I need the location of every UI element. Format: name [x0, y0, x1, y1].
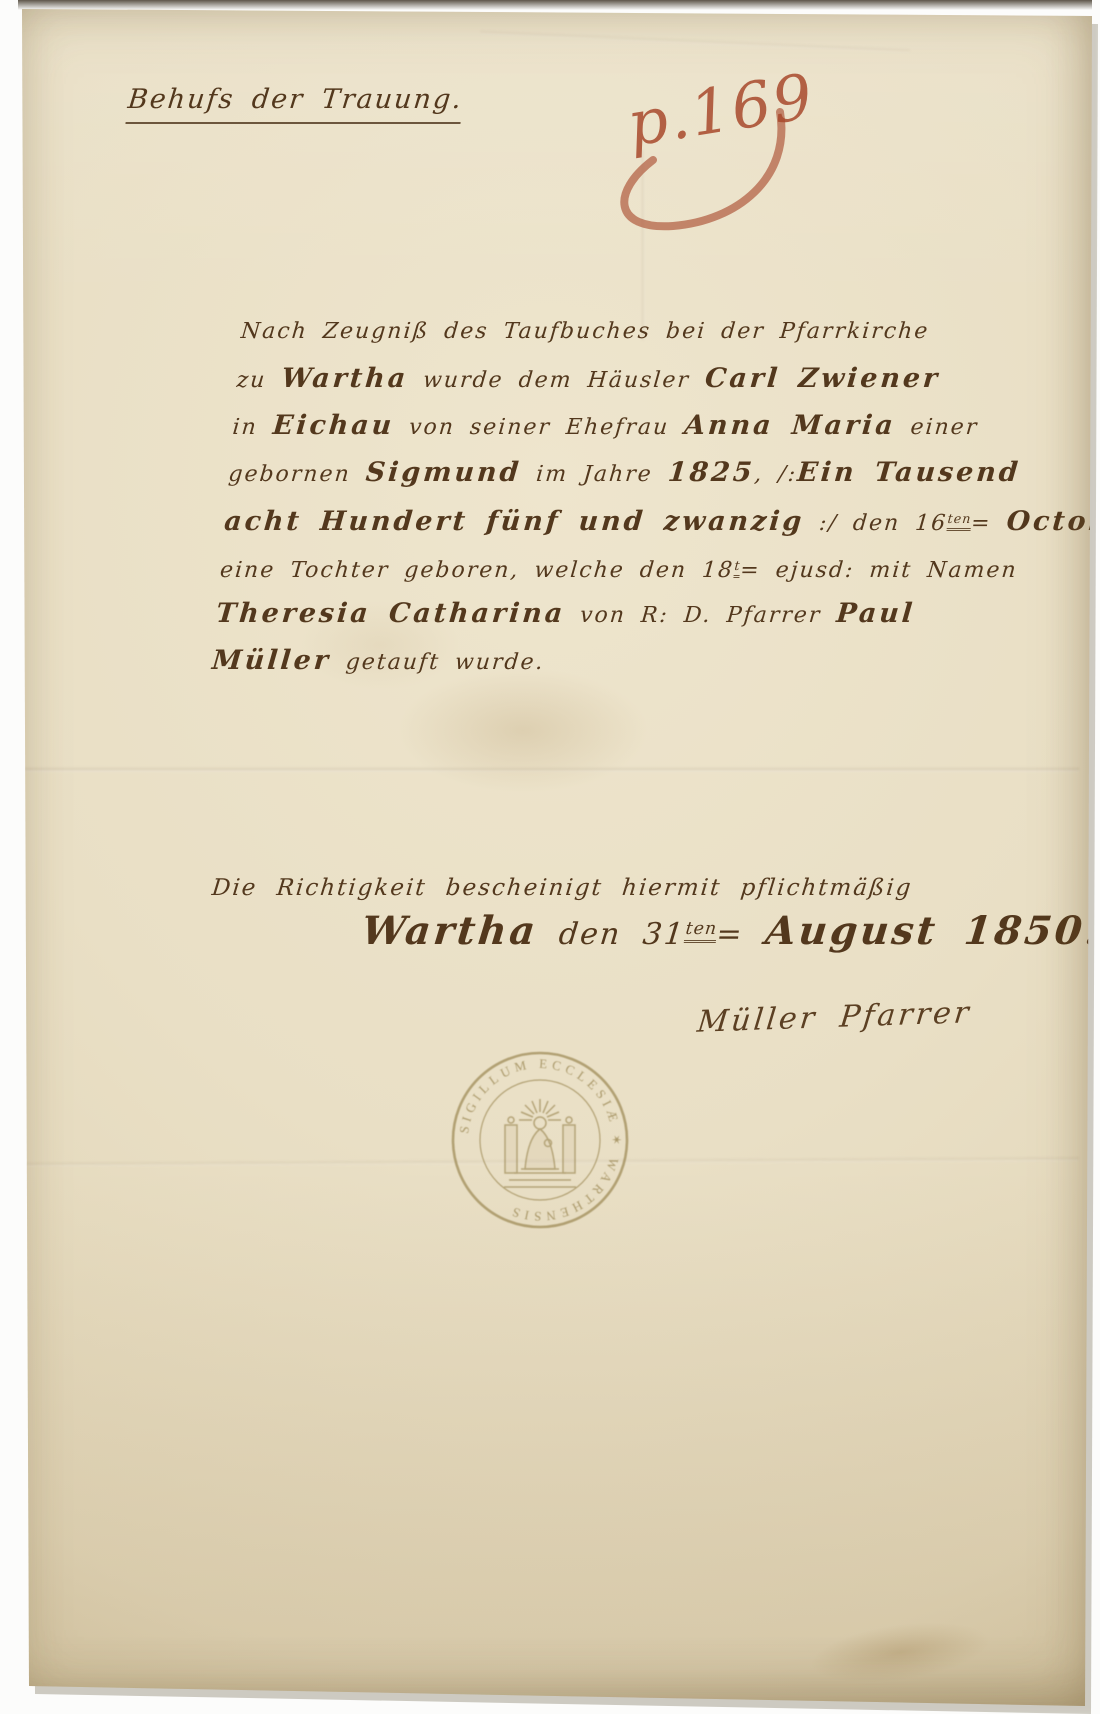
page-mark-text: p.169: [622, 59, 819, 160]
manuscript-line: Theresia Catharina von R: D. Pfarrer Pau…: [214, 590, 938, 637]
scan-shadow-edge: [18, 0, 1092, 10]
stain: [807, 1613, 993, 1693]
text-segment: Ein Tausend: [796, 457, 1022, 488]
header-title: Behufs der Trauung.: [126, 84, 464, 115]
text-segment: Paul: [835, 598, 916, 629]
certification-line: Die Richtigkeit bescheinigt hiermit pfli…: [211, 875, 914, 901]
text-segment: Müller: [211, 645, 333, 676]
text-segment: von seiner Ehefrau: [393, 415, 685, 440]
text-segment: Theresia Catharina: [215, 598, 567, 629]
text-segment: October: [1005, 506, 1100, 537]
text-segment: getauft wurde.: [330, 650, 546, 675]
text-segment: in: [231, 415, 273, 440]
text-segment: Wartha: [360, 908, 541, 954]
church-seal-graphic: SIGILLUM ECCLESIÆ ✶ WARTHENSIS: [447, 1047, 633, 1233]
text-segment: eine Tochter geboren, welche den: [219, 558, 703, 583]
text-segment: Eichau: [272, 410, 396, 441]
header-title-text: Behufs der Trauung.: [125, 84, 464, 124]
text-segment: wurde dem Häusler: [407, 368, 706, 393]
text-segment: gebornen: [227, 462, 366, 487]
text-segment: Sigmund: [365, 457, 523, 488]
text-segment: Carl Zwiener: [704, 363, 942, 394]
text-segment: den 31: [536, 917, 687, 952]
manuscript-line: zu Wartha wurde dem Häusler Carl Zwiener: [235, 355, 959, 402]
text-segment: Die Richtigkeit bescheinigt hiermit pfli…: [211, 875, 914, 901]
crease-line: [24, 768, 1079, 772]
signature: Müller Pfarrer: [696, 995, 974, 1039]
text-segment: = ejusd: mit Namen: [739, 558, 1019, 583]
paper-sheet: Behufs der Trauung. p.169 Nach Zeugniß d…: [0, 0, 1100, 1714]
manuscript-line: Müller getauft wurde.: [210, 637, 934, 684]
manuscript-body: Nach Zeugniß des Taufbuches bei der Pfar…: [210, 308, 963, 684]
text-segment: von R: D. Pfarrer: [564, 603, 837, 628]
manuscript-line: acht Hundert fünf und zwanzig :/ den 16t…: [222, 496, 946, 543]
stain: [398, 668, 648, 793]
text-segment: ten: [684, 919, 718, 943]
text-segment: zu: [236, 368, 283, 393]
page-number-mark: p.169: [583, 42, 873, 237]
text-segment: acht Hundert fünf und zwanzig: [223, 506, 806, 537]
text-segment: Anna Maria: [683, 410, 897, 441]
text-segment: 1825: [667, 457, 756, 488]
photo-background: Behufs der Trauung. p.169 Nach Zeugniß d…: [0, 0, 1100, 1714]
text-segment: =: [715, 917, 767, 952]
text-segment: =: [970, 511, 1008, 536]
manuscript-line: Nach Zeugniß des Taufbuches bei der Pfar…: [239, 308, 963, 355]
text-segment: :/ den: [803, 511, 916, 536]
manuscript-line: gebornen Sigmund im Jahre 1825, /:Ein Ta…: [227, 449, 951, 496]
text-segment: einer: [894, 415, 979, 440]
text-segment: ten: [947, 512, 973, 531]
text-segment: Nach Zeugniß des Taufbuches bei der Pfar…: [240, 319, 931, 344]
manuscript-line: eine Tochter geboren, welche den 18t= ej…: [218, 543, 942, 590]
text-segment: 18: [701, 558, 735, 583]
manuscript-line: in Eichau von seiner Ehefrau Anna Maria …: [231, 402, 955, 449]
text-segment: 16: [914, 511, 948, 536]
text-segment: , /:: [753, 462, 798, 487]
text-segment: August 1850.: [763, 908, 1100, 954]
text-segment: Wartha: [280, 363, 409, 394]
church-seal: SIGILLUM ECCLESIÆ ✶ WARTHENSIS: [447, 1047, 633, 1233]
place-date-line: Wartha den 31ten= August 1850.: [360, 908, 1100, 954]
text-segment: im Jahre: [520, 462, 669, 487]
seal-madonna-figure: [504, 1099, 576, 1187]
